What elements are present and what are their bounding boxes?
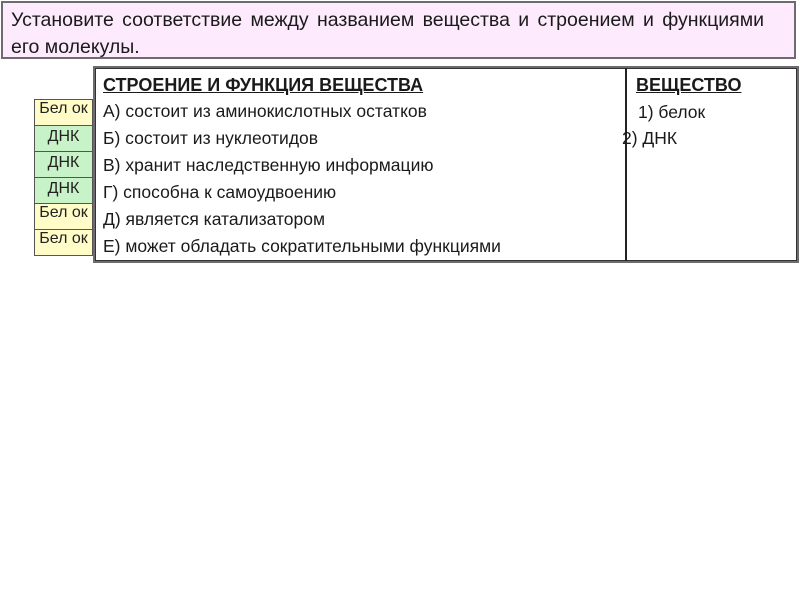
structure-function-column: СТРОЕНИЕ И ФУНКЦИЯ ВЕЩЕСТВА А) состоит и… [95, 68, 627, 261]
answer-chip-v[interactable]: ДНК [34, 151, 93, 178]
statement-v: В) хранит наследственную информацию [103, 152, 501, 179]
answer-chip-d[interactable]: Бел ок [34, 203, 93, 230]
statement-d: Д) является катализатором [103, 206, 501, 233]
answer-chip-e[interactable]: Бел ок [34, 229, 93, 256]
matching-table: СТРОЕНИЕ И ФУНКЦИЯ ВЕЩЕСТВА А) состоит и… [93, 66, 799, 263]
answer-chip-a[interactable]: Бел ок [34, 99, 93, 126]
statement-e: Е) может обладать сократительными функци… [103, 233, 501, 260]
answer-chips: Бел ок ДНК ДНК ДНК Бел ок Бел ок [34, 100, 93, 256]
substance-column: ВЕЩЕСТВО 1) белок 2) ДНК [628, 68, 797, 261]
structure-function-header: СТРОЕНИЕ И ФУНКЦИЯ ВЕЩЕСТВА [103, 72, 423, 98]
substance-header: ВЕЩЕСТВО [636, 72, 741, 98]
statement-g: Г) способна к самоудвоению [103, 179, 501, 206]
task-box: Установите соответствие между названием … [1, 1, 796, 59]
statement-b: Б) состоит из нуклеотидов [103, 125, 501, 152]
answer-chip-g[interactable]: ДНК [34, 177, 93, 204]
task-text: Установите соответствие между названием … [11, 7, 764, 61]
statement-list: А) состоит из аминокислотных остатков Б)… [103, 98, 501, 260]
statement-a: А) состоит из аминокислотных остатков [103, 98, 501, 125]
substance-1: 1) белок [638, 100, 705, 124]
answer-chip-b[interactable]: ДНК [34, 125, 93, 152]
substance-2: 2) ДНК [622, 126, 677, 150]
